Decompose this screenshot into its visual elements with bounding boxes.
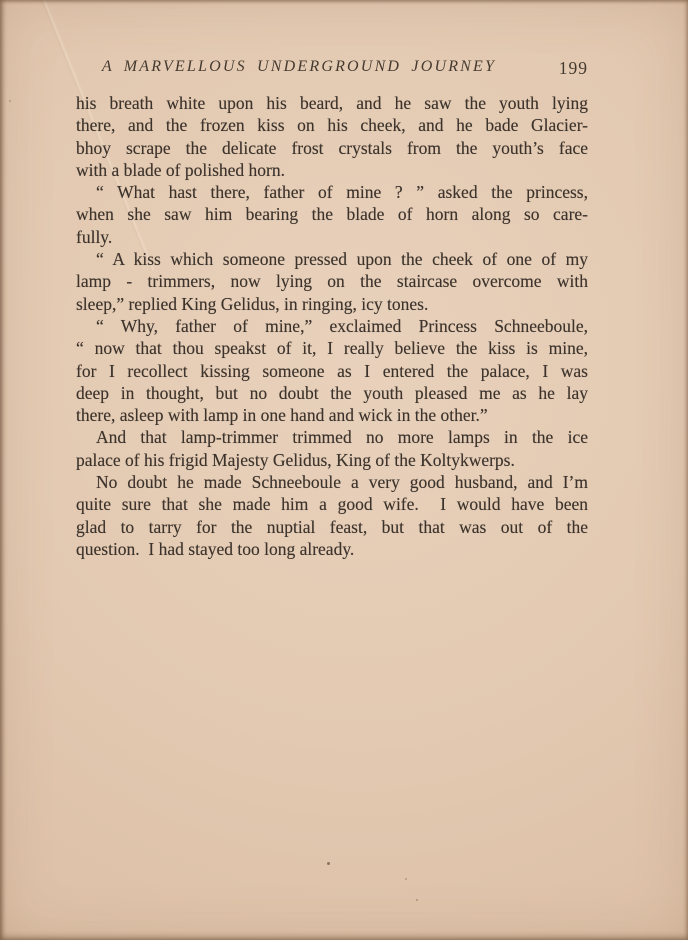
text-line: “ What hast there, father of mine ? ” as… [76,181,588,203]
text-line: And that lamp-trimmer trimmed no more la… [76,426,588,448]
foxing-speck [416,899,418,901]
text-line: fully. [76,226,588,248]
text-line: “ Why, father of mine,” exclaimed Prince… [76,315,588,337]
text-line: when she saw him bearing the blade of ho… [76,203,588,225]
text-line: sleep,” replied King Gelidus, in ringing… [76,293,588,315]
text-line: his breath white upon his beard, and he … [76,92,588,114]
text-line: there, and the frozen kiss on his cheek,… [76,114,588,136]
foxing-speck [405,878,407,880]
book-page-scan: A MARVELLOUS UNDERGROUND JOURNEY 199 his… [0,0,688,940]
text-line: bhoy scrape the delicate frost crystals … [76,137,588,159]
text-line: quite sure that she made him a good wife… [76,493,588,515]
text-line: palace of his frigid Majesty Gelidus, Ki… [76,449,588,471]
text-line: with a blade of polished horn. [76,159,588,181]
text-block: his breath white upon his beard, and he … [76,92,588,560]
text-line: “ now that thou speakst of it, I really … [76,337,588,359]
text-line: for I recollect kissing someone as I ent… [76,360,588,382]
text-line: lamp - trimmers, now lying on the stairc… [76,270,588,292]
foxing-speck [9,100,11,102]
foxing-speck [327,862,330,865]
running-title: A MARVELLOUS UNDERGROUND JOURNEY [76,58,522,76]
page-number: 199 [559,58,588,79]
text-line: there, asleep with lamp in one hand and … [76,404,588,426]
page-header: A MARVELLOUS UNDERGROUND JOURNEY 199 [76,58,588,82]
text-line: question. I had stayed too long already. [76,538,588,560]
text-line: deep in thought, but no doubt the youth … [76,382,588,404]
text-line: No doubt he made Schneeboule a very good… [76,471,588,493]
text-line: “ A kiss which someone pressed upon the … [76,248,588,270]
text-line: glad to tarry for the nuptial feast, but… [76,516,588,538]
